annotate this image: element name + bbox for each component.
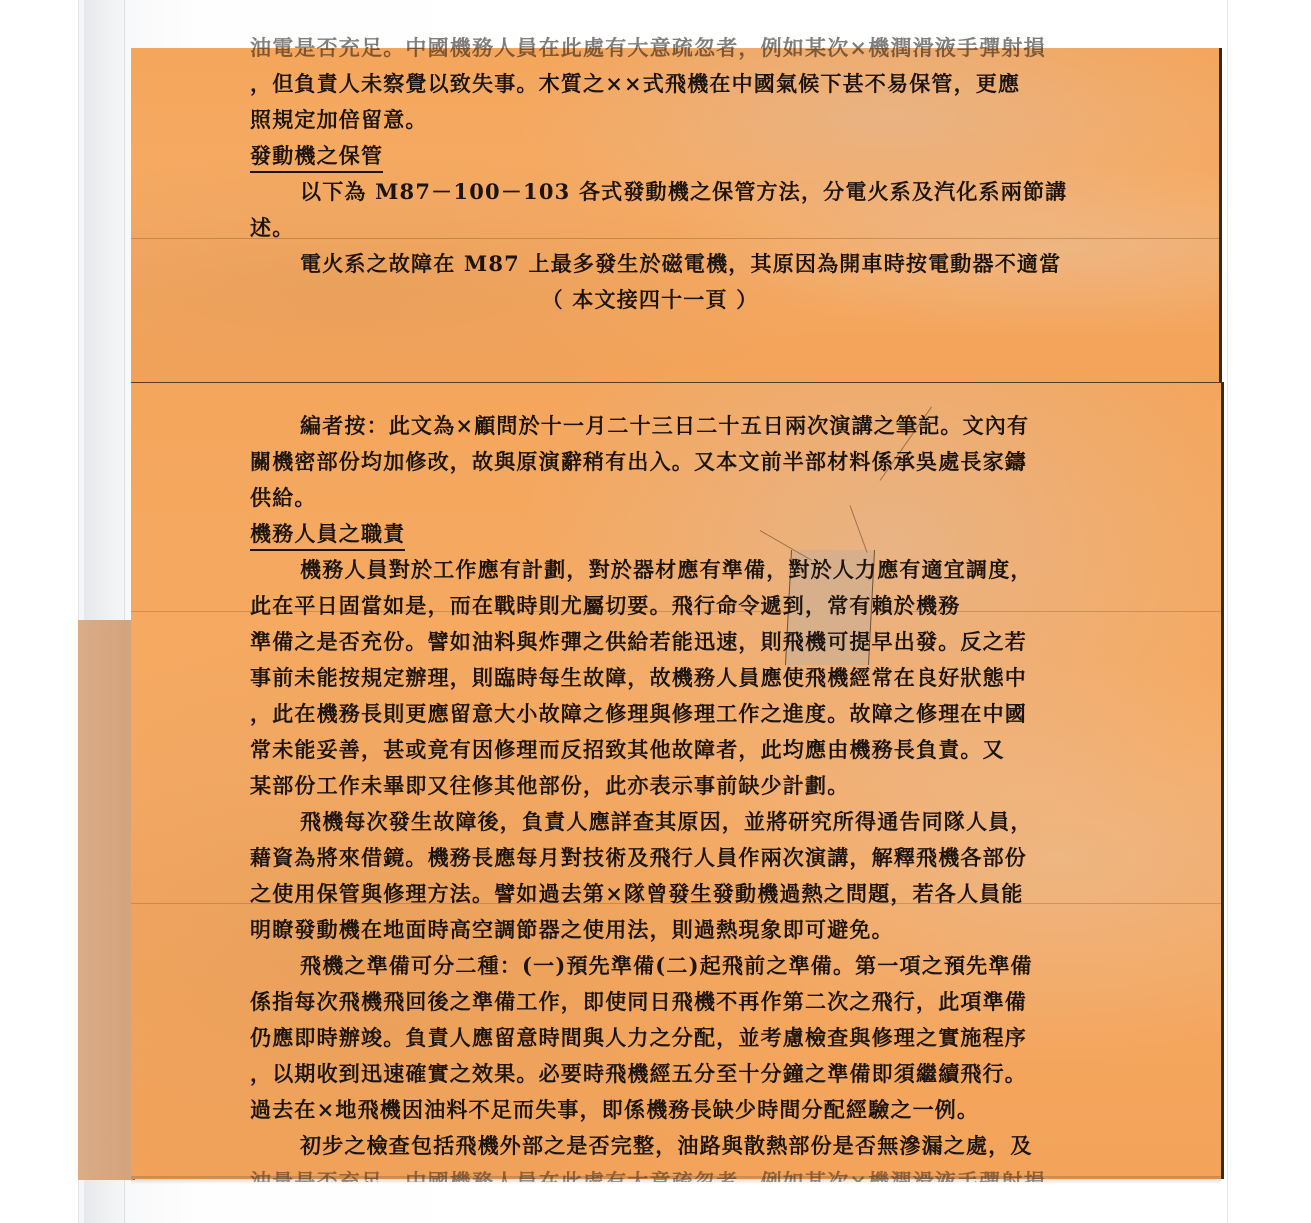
text-line: 藉資為將來借鏡。機務長應每月對技術及飛行人員作兩次演講，解釋飛機各部份 bbox=[250, 840, 1110, 876]
text-line: 初步之檢查包括飛機外部之是否完整，油路與散熱部份是否無滲漏之處，及 bbox=[250, 1128, 1110, 1164]
text-line: ，但負責人未察覺以致失事。木質之××式飛機在中國氣候下甚不易保管，更應 bbox=[250, 66, 1110, 102]
text-line: 電火系之故障在 M87 上最多發生於磁電機，其原因為開車時按電動器不適當 bbox=[250, 246, 1110, 282]
left-tape-strip bbox=[78, 620, 135, 1180]
text-line: 機務人員對於工作應有計劃，對於器材應有準備，對於人力應有適宜調度， bbox=[250, 552, 1110, 588]
text-line: 飛機每次發生故障後，負責人應詳查其原因，並將研究所得通告同隊人員， bbox=[250, 804, 1110, 840]
bottom-section-text: 編者按：此文為×顧問於十一月二十三日二十五日兩次演講之筆記。文內有 關機密部份均… bbox=[250, 408, 1110, 1182]
text-line-cutoff: 油電是否充足。中國機務人員在此處有大意疏忽者，例如某次×機潤滑液手彈射損 bbox=[250, 30, 1110, 66]
text-line: 照規定加倍留意。 bbox=[250, 102, 1110, 138]
text-line: ，此在機務長則更應留意大小故障之修理與修理工作之進度。故障之修理在中國 bbox=[250, 696, 1110, 732]
text-line: 仍應即時辦竣。負責人應留意時間與人力之分配，並考慮檢查與修理之實施程序 bbox=[250, 1020, 1110, 1056]
text-line: 常未能妥善，甚或竟有因修理而反招致其他故障者，此均應由機務長負責。又 bbox=[250, 732, 1110, 768]
editor-note-line: 編者按：此文為×顧問於十一月二十三日二十五日兩次演講之筆記。文內有 bbox=[250, 408, 1110, 444]
text-line: 以下為 M87－100－103 各式發動機之保管方法，分電火系及汽化系兩節講 bbox=[250, 174, 1110, 210]
text-line: 係指每次飛機飛回後之準備工作，即使同日飛機不再作第二次之飛行，此項準備 bbox=[250, 984, 1110, 1020]
text-line: 過去在×地飛機因油料不足而失事，即係機務長缺少時間分配經驗之一例。 bbox=[250, 1092, 1110, 1128]
text-line-cutoff: 油量是否充足。中國機務人員在此處有大意疏忽者，例如某次×機潤滑液手彈射損 bbox=[250, 1164, 1110, 1182]
section-heading-maintenance-duties: 機務人員之職責 bbox=[250, 519, 405, 551]
text-line: 此在平日固當如是，而在戰時則尤屬切要。飛行命令遞到，常有賴於機務 bbox=[250, 588, 1110, 624]
text-line: 飛機之準備可分二種：(一)預先準備(二)起飛前之準備。第一項之預先準備 bbox=[250, 948, 1110, 984]
section-heading-engine-maintenance: 發動機之保管 bbox=[250, 141, 383, 173]
editor-note-line: 關機密部份均加修改，故與原演辭稍有出入。又本文前半部材料係承吳處長家鑄 bbox=[250, 444, 1110, 480]
editor-note-line: 供給。 bbox=[250, 480, 1110, 516]
text-line: 明瞭發動機在地面時高空調節器之使用法，則過熱現象即可避免。 bbox=[250, 912, 1110, 948]
text-line: 之使用保管與修理方法。譬如過去第×隊曾發生發動機過熱之問題，若各人員能 bbox=[250, 876, 1110, 912]
text-line: 準備之是否充份。譬如油料與炸彈之供給若能迅速，則飛機可提早出發。反之若 bbox=[250, 624, 1110, 660]
sleeve-right-edge bbox=[1227, 0, 1228, 1223]
top-section-text: 油電是否充足。中國機務人員在此處有大意疏忽者，例如某次×機潤滑液手彈射損 ，但負… bbox=[250, 30, 1110, 318]
continued-note: （ 本文接四十一頁 ） bbox=[250, 282, 1110, 318]
text-line: 某部份工作未畢即又往修其他部份，此亦表示事前缺少計劃。 bbox=[250, 768, 1110, 804]
text-line: 事前未能按規定辦理，則臨時每生故障，故機務人員應使飛機經常在良好狀態中 bbox=[250, 660, 1110, 696]
text-line: 述。 bbox=[250, 210, 1110, 246]
text-line: ，以期收到迅速確實之效果。必要時飛機經五分至十分鐘之準備即須繼續飛行。 bbox=[250, 1056, 1110, 1092]
